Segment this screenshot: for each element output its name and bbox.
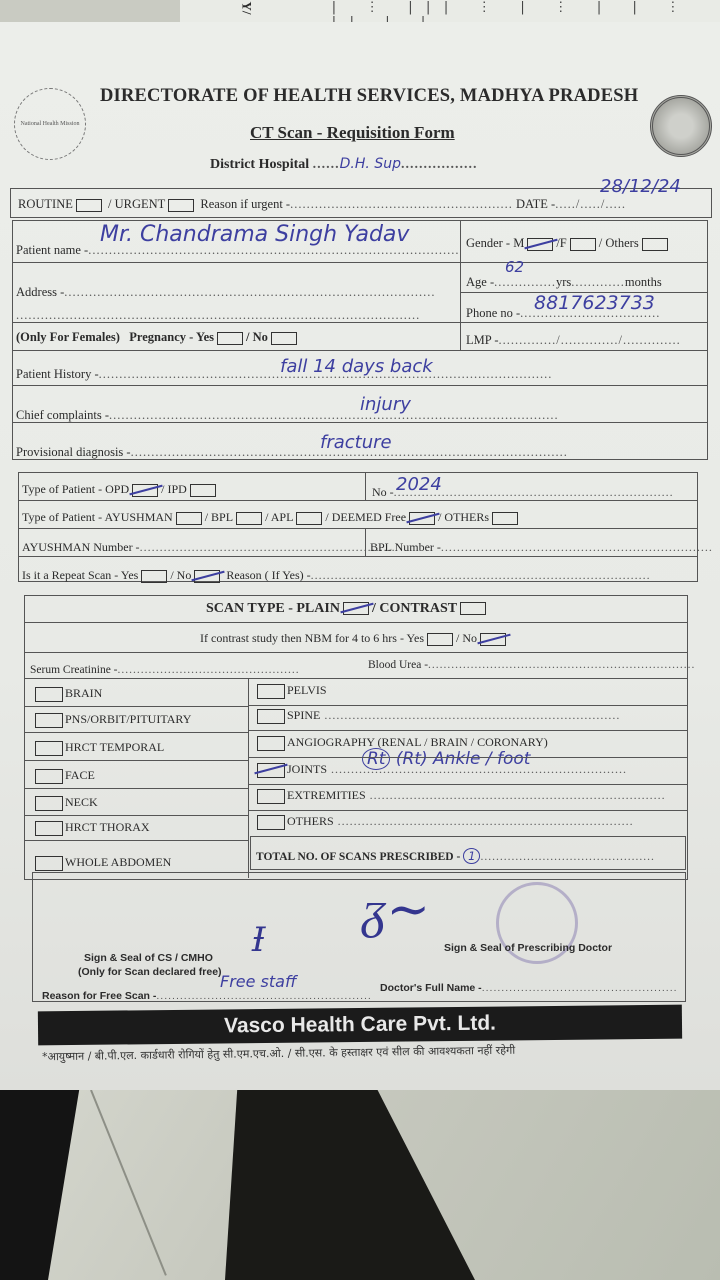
gender-f-label: /F xyxy=(556,236,566,250)
scan-option-brain[interactable]: BRAIN xyxy=(32,686,102,702)
scan-checkbox-neck[interactable] xyxy=(35,796,63,811)
plain-label: SCAN TYPE - PLAIN xyxy=(206,601,340,616)
age-value[interactable]: 62 xyxy=(505,258,524,276)
scan-option-hrct-thorax[interactable]: HRCT THORAX xyxy=(32,820,150,836)
contrast-checkbox[interactable] xyxy=(460,602,486,615)
pregnancy-no-checkbox[interactable] xyxy=(271,332,297,345)
patient-history-value[interactable]: fall 14 days back xyxy=(280,356,433,377)
form-subtitle: CT Scan - Requisition Form xyxy=(250,123,455,143)
doctor-name-label: Doctor's Full Name - xyxy=(380,982,482,994)
chief-complaints-value[interactable]: injury xyxy=(360,394,411,415)
nbm-yes-label: If contrast study then NBM for 4 to 6 hr… xyxy=(200,631,424,645)
doctor-sign-label: Sign & Seal of Prescribing Doctor xyxy=(444,942,612,954)
scan-checkbox-hrct-temporal[interactable] xyxy=(35,741,63,756)
divider xyxy=(24,788,248,789)
lmp-field: LMP -............../............../.....… xyxy=(466,333,681,348)
address-label: Address - xyxy=(16,285,64,299)
ipd-label: / IPD xyxy=(161,482,187,496)
others-label: / OTHERs xyxy=(438,510,489,524)
chief-complaints-label: Chief complaints - xyxy=(16,408,109,422)
scan-option-spine[interactable]: SPINE ..................................… xyxy=(254,708,620,724)
blood-urea-label: Blood Urea - xyxy=(368,659,428,671)
urgent-reason-label: Reason if urgent - xyxy=(200,197,290,211)
form-title: DIRECTORATE OF HEALTH SERVICES, MADHYA P… xyxy=(100,86,638,107)
priority-fields: ROUTINE / URGENT Reason if urgent -.....… xyxy=(18,197,626,212)
apl-label: / APL xyxy=(265,510,293,524)
total-scans-label: TOTAL NO. OF SCANS PRESCRIBED - xyxy=(256,851,460,863)
scan-option-pns-orbit-pituitary[interactable]: PNS/ORBIT/PITUITARY xyxy=(32,712,191,728)
scan-checkbox-pns-orbit-pituitary[interactable] xyxy=(35,713,63,728)
free-reason-label: Reason for Free Scan - xyxy=(42,990,156,1002)
divider xyxy=(24,840,248,841)
pregnancy-field: (Only For Females) Pregnancy - Yes/ No xyxy=(16,330,300,345)
provisional-diagnosis-value[interactable]: fracture xyxy=(320,432,392,453)
deemed-free-checkbox[interactable] xyxy=(409,512,435,525)
patient-name-value[interactable]: Mr. Chandrama Singh Yadav xyxy=(100,222,409,247)
free-reason-field: Reason for Free Scan -..................… xyxy=(42,990,372,1002)
serum-creatinine-field: Serum Creatinine -......................… xyxy=(30,664,300,676)
scan-checkbox-brain[interactable] xyxy=(35,687,63,702)
scan-option-joints[interactable]: JOINTS .................................… xyxy=(254,762,627,778)
nhm-logo-icon: National Health Mission xyxy=(14,88,86,160)
district-hospital-field: District Hospital ......D.H. Sup........… xyxy=(210,156,477,173)
scan-option-neck[interactable]: NECK xyxy=(32,795,98,811)
gender-m-checkbox[interactable] xyxy=(527,238,553,251)
ipd-checkbox[interactable] xyxy=(190,484,216,497)
divider xyxy=(24,678,688,679)
pregnancy-yes-checkbox[interactable] xyxy=(217,332,243,345)
scan-option-whole-abdomen[interactable]: WHOLE ABDOMEN xyxy=(32,855,171,871)
ayushman-label: Type of Patient - AYUSHMAN xyxy=(22,510,173,524)
scan-label-whole-abdomen: WHOLE ABDOMEN xyxy=(65,855,171,869)
repeat-yes-label: Is it a Repeat Scan - Yes xyxy=(22,568,138,582)
patient-history-label: Patient History - xyxy=(16,367,99,381)
cs-signature: Ɨ xyxy=(252,920,265,960)
scan-option-pelvis[interactable]: PELVIS xyxy=(254,683,327,699)
scan-checkbox-joints[interactable] xyxy=(257,763,285,778)
divider xyxy=(24,815,248,816)
divider xyxy=(24,652,688,653)
divider xyxy=(18,556,698,557)
repeat-scan-field: Is it a Repeat Scan - Yes/ No Reason ( I… xyxy=(22,568,651,583)
patient-divider xyxy=(460,220,461,350)
nbm-field: If contrast study then NBM for 4 to 6 hr… xyxy=(200,631,509,646)
divider xyxy=(18,528,698,529)
bpl-number-label: BPL Number - xyxy=(370,540,441,554)
deemed-free-label: / DEEMED Free xyxy=(325,510,406,524)
scan-option-extremities[interactable]: EXTREMITIES ............................… xyxy=(254,788,666,804)
scan-label-brain: BRAIN xyxy=(65,686,102,700)
contrast-label: / CONTRAST xyxy=(372,601,457,616)
scan-checkbox-face[interactable] xyxy=(35,769,63,784)
routine-label: ROUTINE xyxy=(18,197,73,211)
gender-others-checkbox[interactable] xyxy=(642,238,668,251)
urgent-label: / URGENT xyxy=(108,197,165,211)
scan-label-pns-orbit-pituitary: PNS/ORBIT/PITUITARY xyxy=(65,712,191,726)
nhm-logo-text: National Health Mission xyxy=(21,121,80,127)
scan-label-others: OTHERS xyxy=(287,814,334,828)
nbm-no-label: / No xyxy=(456,631,477,645)
state-emblem-icon xyxy=(650,95,712,157)
chief-complaints-field: Chief complaints -......................… xyxy=(16,408,559,423)
divider xyxy=(24,706,248,707)
repeat-no-checkbox[interactable] xyxy=(194,570,220,583)
scan-label-face: FACE xyxy=(65,768,95,782)
address-field-line2: ........................................… xyxy=(16,308,420,323)
bpl-checkbox[interactable] xyxy=(236,512,262,525)
provisional-diagnosis-field: Provisional diagnosis -.................… xyxy=(16,445,568,460)
gender-field: Gender - M/F/ Others xyxy=(466,236,671,251)
free-reason-value[interactable]: Free staff xyxy=(220,972,297,991)
scan-checkbox-angiography-renal-brain-coronary[interactable] xyxy=(257,736,285,751)
gender-m-label: Gender - M xyxy=(466,236,524,250)
divider xyxy=(12,350,708,351)
nbm-no-checkbox[interactable] xyxy=(480,633,506,646)
divider xyxy=(248,810,688,811)
doctor-name-field: Doctor's Full Name -....................… xyxy=(380,982,678,994)
scan-checkbox-extremities[interactable] xyxy=(257,789,285,804)
routine-checkbox[interactable] xyxy=(76,199,102,212)
divider xyxy=(12,385,708,386)
scan-column-divider xyxy=(248,678,249,878)
scan-label-hrct-temporal: HRCT TEMPORAL xyxy=(65,740,164,754)
phone-value[interactable]: 8817623733 xyxy=(534,292,655,314)
divider xyxy=(24,760,248,761)
urgent-checkbox[interactable] xyxy=(168,199,194,212)
gender-f-checkbox[interactable] xyxy=(570,238,596,251)
divider xyxy=(248,757,688,758)
divider xyxy=(365,472,366,500)
scan-option-face[interactable]: FACE xyxy=(32,768,95,784)
cs-sign-label: Sign & Seal of CS / CMHO xyxy=(84,952,213,964)
ayushman-number-field: AYUSHMAN Number -.......................… xyxy=(22,540,396,555)
phone-label: Phone no - xyxy=(466,306,520,320)
scan-label-extremities: EXTREMITIES xyxy=(287,788,366,802)
doctor-signature: ᵹ~ xyxy=(362,880,430,940)
others-checkbox[interactable] xyxy=(492,512,518,525)
total-scans-field: TOTAL NO. OF SCANS PRESCRIBED - 1.......… xyxy=(256,848,655,864)
cs-note: (Only for Scan declared free) xyxy=(78,966,222,978)
patient-number-label: No - xyxy=(372,485,394,499)
blood-urea-field: Blood Urea -............................… xyxy=(368,659,695,671)
background-sheet-text: Y/ xyxy=(239,2,255,15)
provisional-diagnosis-label: Provisional diagnosis - xyxy=(16,445,131,459)
divider xyxy=(248,784,688,785)
serum-creatinine-label: Serum Creatinine - xyxy=(30,664,118,676)
nbm-yes-checkbox[interactable] xyxy=(427,633,453,646)
ayushman-checkbox[interactable] xyxy=(176,512,202,525)
females-only-label: (Only For Females) xyxy=(16,330,120,344)
patient-number-value[interactable]: 2024 xyxy=(396,474,442,495)
scan-checkbox-spine[interactable] xyxy=(257,709,285,724)
scan-option-hrct-temporal[interactable]: HRCT TEMPORAL xyxy=(32,740,164,756)
pregnancy-yes-label: Pregnancy - Yes xyxy=(129,330,214,344)
ayushman-number-label: AYUSHMAN Number - xyxy=(22,540,140,554)
gender-others-label: / Others xyxy=(599,236,639,250)
divider xyxy=(18,500,698,501)
divider xyxy=(24,732,248,733)
divider xyxy=(248,705,688,706)
district-hospital-value[interactable]: D.H. Sup xyxy=(340,156,401,172)
divider xyxy=(24,622,688,623)
background-sheet: Y/ | ⋮ ||| ⋮ | ⋮ | | ⋮ || | | xyxy=(180,0,720,23)
divider xyxy=(12,262,708,263)
age-label: Age - xyxy=(466,275,494,289)
opd-ipd-field: Type of Patient - OPD/ IPD xyxy=(22,482,219,497)
scan-label-neck: NECK xyxy=(65,795,98,809)
scan-option-angiography-renal-brain-coronary[interactable]: ANGIOGRAPHY (RENAL / BRAIN / CORONARY) xyxy=(254,735,548,751)
company-name: Vasco Health Care Pvt. Ltd. xyxy=(224,1012,496,1039)
plain-checkbox[interactable] xyxy=(343,602,369,615)
repeat-yes-checkbox[interactable] xyxy=(141,570,167,583)
scan-label-angiography-renal-brain-coronary: ANGIOGRAPHY (RENAL / BRAIN / CORONARY) xyxy=(287,735,548,749)
scan-label-hrct-thorax: HRCT THORAX xyxy=(65,820,150,834)
age-field: Age -...............yrs.............mont… xyxy=(466,275,662,290)
divider xyxy=(248,730,688,731)
lmp-label: LMP - xyxy=(466,333,499,347)
scan-label-spine: SPINE xyxy=(287,708,320,722)
total-scans-value[interactable]: 1 xyxy=(463,848,480,864)
address-field: Address -...............................… xyxy=(16,285,436,300)
date-label: DATE - xyxy=(516,197,555,211)
opd-label: Type of Patient - OPD xyxy=(22,482,129,496)
district-hospital-label: District Hospital xyxy=(210,157,309,172)
company-banner: Vasco Health Care Pvt. Ltd. xyxy=(38,1005,682,1046)
scan-checkbox-whole-abdomen[interactable] xyxy=(35,856,63,871)
pregnancy-no-label: / No xyxy=(246,330,268,344)
repeat-no-label: / No xyxy=(170,568,191,582)
age-yrs-label: yrs xyxy=(556,275,571,289)
scheme-field: Type of Patient - AYUSHMAN/ BPL/ APL/ DE… xyxy=(22,510,521,525)
scan-option-others[interactable]: OTHERS .................................… xyxy=(254,814,634,830)
scan-checkbox-others[interactable] xyxy=(257,815,285,830)
apl-checkbox[interactable] xyxy=(296,512,322,525)
age-months-label: months xyxy=(625,275,662,289)
scan-label-joints: JOINTS xyxy=(287,762,327,776)
bpl-number-field: BPL Number -............................… xyxy=(370,540,713,555)
scan-checkbox-pelvis[interactable] xyxy=(257,684,285,699)
opd-checkbox[interactable] xyxy=(132,484,158,497)
patient-name-label: Patient name - xyxy=(16,243,88,257)
repeat-reason-label: Reason ( If Yes) - xyxy=(226,568,310,582)
bpl-label: / BPL xyxy=(205,510,233,524)
scan-type-field: SCAN TYPE - PLAIN/ CONTRAST xyxy=(206,601,489,617)
scan-label-pelvis: PELVIS xyxy=(287,683,327,697)
date-value[interactable]: 28/12/24 xyxy=(600,176,681,197)
scan-checkbox-hrct-thorax[interactable] xyxy=(35,821,63,836)
